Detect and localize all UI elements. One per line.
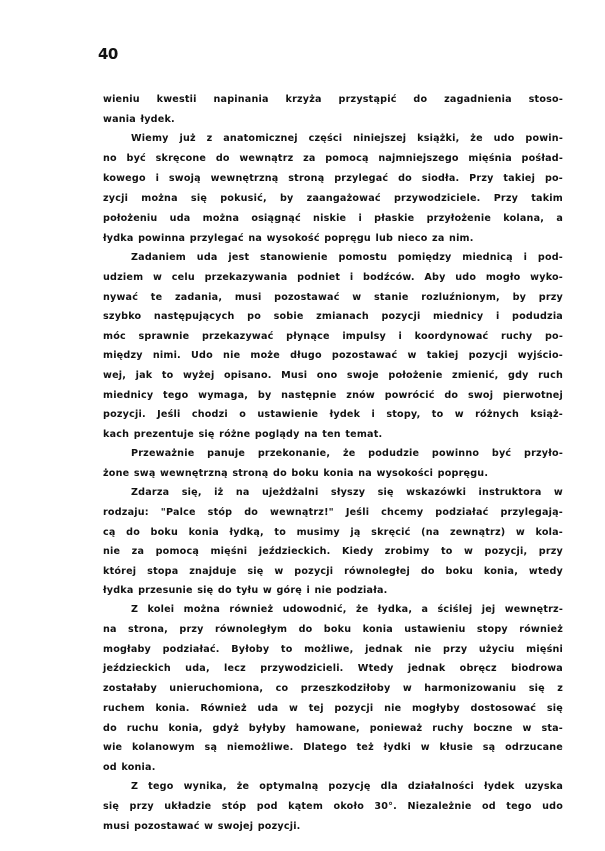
text-line: między nimi. Udo nie może długo pozostaw… <box>103 350 563 362</box>
text-line: jeździeckich uda, lecz przywodzicieli. W… <box>103 663 563 675</box>
text-line: do ruchu konia, gdyż byłyby hamowane, po… <box>103 723 563 735</box>
text-line: żone swą wewnętrzną stroną do boku konia… <box>103 468 563 480</box>
text-line: której stopa znajduje się w pozycji równ… <box>103 566 563 578</box>
text-line: kach prezentuje się różne poglądy na ten… <box>103 429 563 441</box>
text-line: się przy układzie stóp pod kątem około 3… <box>103 801 563 813</box>
text-line: wieniu kwestii napinania krzyża przystąp… <box>103 94 563 106</box>
text-line: no być skręcone do wewnątrz za pomocą na… <box>103 153 563 165</box>
text-line: pozycji. Jeśli chodzi o ustawienie łydek… <box>103 409 563 421</box>
text-line: nywać te zadania, musi pozostawać w stan… <box>103 292 563 304</box>
text-line: położeniu uda można osiągnąć niskie i pł… <box>103 213 563 225</box>
text-line: miednicy tego wymaga, by następnie znów … <box>103 390 563 402</box>
text-line: wej, jak to wyżej opisano. Musi ono swoj… <box>103 370 563 382</box>
text-line: udziem w celu przekazywania podniet i bo… <box>103 272 563 284</box>
text-line: móc sprawnie przekazywać płynące impulsy… <box>103 331 563 343</box>
text-line: mogłaby podziałać. Byłoby to możliwe, je… <box>103 644 563 656</box>
text-line: wania łydek. <box>103 114 563 126</box>
text-line: od konia. <box>103 762 563 774</box>
text-line: łydka powinna przylegać na wysokość popr… <box>103 233 563 245</box>
text-line: na strona, przy równoległym do boku koni… <box>103 624 563 636</box>
text-line: wie kolanowym są niemożliwe. Dlatego też… <box>103 742 563 754</box>
text-line: Zadaniem uda jest stanowienie pomostu po… <box>131 252 563 264</box>
text-line: ruchem konia. Również uda w tej pozycji … <box>103 703 563 715</box>
text-line: zycji można się pokusić, by zaangażować … <box>103 193 563 205</box>
text-line: Przeważnie panuje przekonanie, że podudz… <box>131 448 563 460</box>
text-line: łydka przesunie się do tyłu w górę i nie… <box>103 585 563 597</box>
text-line: zostałaby unieruchomiona, co przeszkodzi… <box>103 683 563 695</box>
text-line: musi pozostawać w swojej pozycji. <box>103 821 563 833</box>
text-line: cą do boku konia łydką, to musimy ją skr… <box>103 527 563 539</box>
text-line: kowego i swoją wewnętrzną stroną przyleg… <box>103 173 563 185</box>
text-line: szybko następujących po sobie zmianach p… <box>103 311 563 323</box>
text-line: Wiemy już z anatomicznej części niniejsz… <box>131 133 563 145</box>
text-line: Zdarza się, iż na ujeżdżalni słyszy się … <box>131 487 563 499</box>
text-line: nie za pomocą mięśni jeździeckich. Kiedy… <box>103 546 563 558</box>
page-number: 40 <box>98 45 118 63</box>
text-line: Z tego wynika, że optymalną pozycję dla … <box>131 781 563 793</box>
text-line: Z kolei można również udowodnić, że łydk… <box>131 604 563 616</box>
text-line: rodzaju: "Palce stóp do wewnątrz!" Jeśli… <box>103 507 563 519</box>
